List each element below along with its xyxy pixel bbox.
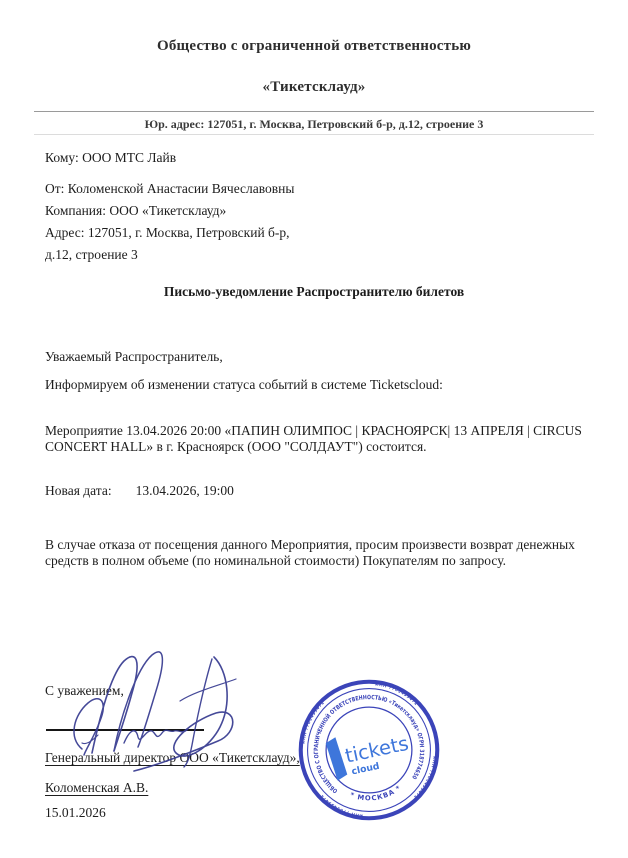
salutation: Уважаемый Распространитель,	[45, 349, 223, 365]
company-stamp: ИНН 7703459471 ИНН 7703459471 ИНН 770345…	[291, 672, 447, 828]
new-date-label: Новая дата:	[45, 483, 112, 499]
legal-address-line: Юр. адрес: 127051, г. Москва, Петровский…	[0, 117, 628, 132]
new-date-value: 13.04.2026, 19:00	[136, 483, 234, 499]
ticket-icon	[325, 736, 348, 781]
signature-line	[46, 729, 204, 731]
letterhead-divider	[34, 111, 594, 112]
signer-position-line: Генеральный директор ООО «Тикетсклауд»,	[45, 750, 300, 766]
svg-text:* МОСКВА *: * МОСКВА *	[348, 783, 404, 806]
refund-clause: В случае отказа от посещения данного Мер…	[45, 537, 587, 569]
letter-page: Общество с ограниченной ответственностью…	[0, 0, 628, 858]
recipient-line: Кому: ООО МТС Лайв	[45, 150, 176, 166]
letterhead-divider-light	[34, 134, 594, 135]
letter-subject: Письмо-уведомление Распространителю биле…	[0, 284, 628, 300]
org-name-line: «Тикетсклауд»	[0, 79, 628, 96]
sender-address-line1: Адрес: 127051, г. Москва, Петровский б-р…	[45, 225, 290, 241]
sender-line: От: Коломенской Анастасии Вячеславовны	[45, 181, 294, 197]
intro-line: Информируем об изменении статуса событий…	[45, 377, 443, 393]
closing-line: С уважением,	[45, 683, 124, 699]
sender-address-line2: д.12, строение 3	[45, 247, 138, 263]
signer-name-line: Коломенская А.В.	[45, 780, 148, 796]
stamp-city-text: * МОСКВА *	[348, 783, 404, 806]
stamp-logo: tickets cloud	[325, 723, 413, 782]
new-date-row: Новая дата: 13.04.2026, 19:00	[45, 483, 234, 499]
org-type-line: Общество с ограниченной ответственностью	[0, 38, 628, 55]
sender-company-line: Компания: ООО «Тикетсклауд»	[45, 203, 226, 219]
letter-date: 15.01.2026	[45, 805, 106, 821]
event-statement: Мероприятие 13.04.2026 20:00 «ПАПИН ОЛИМ…	[45, 423, 587, 455]
